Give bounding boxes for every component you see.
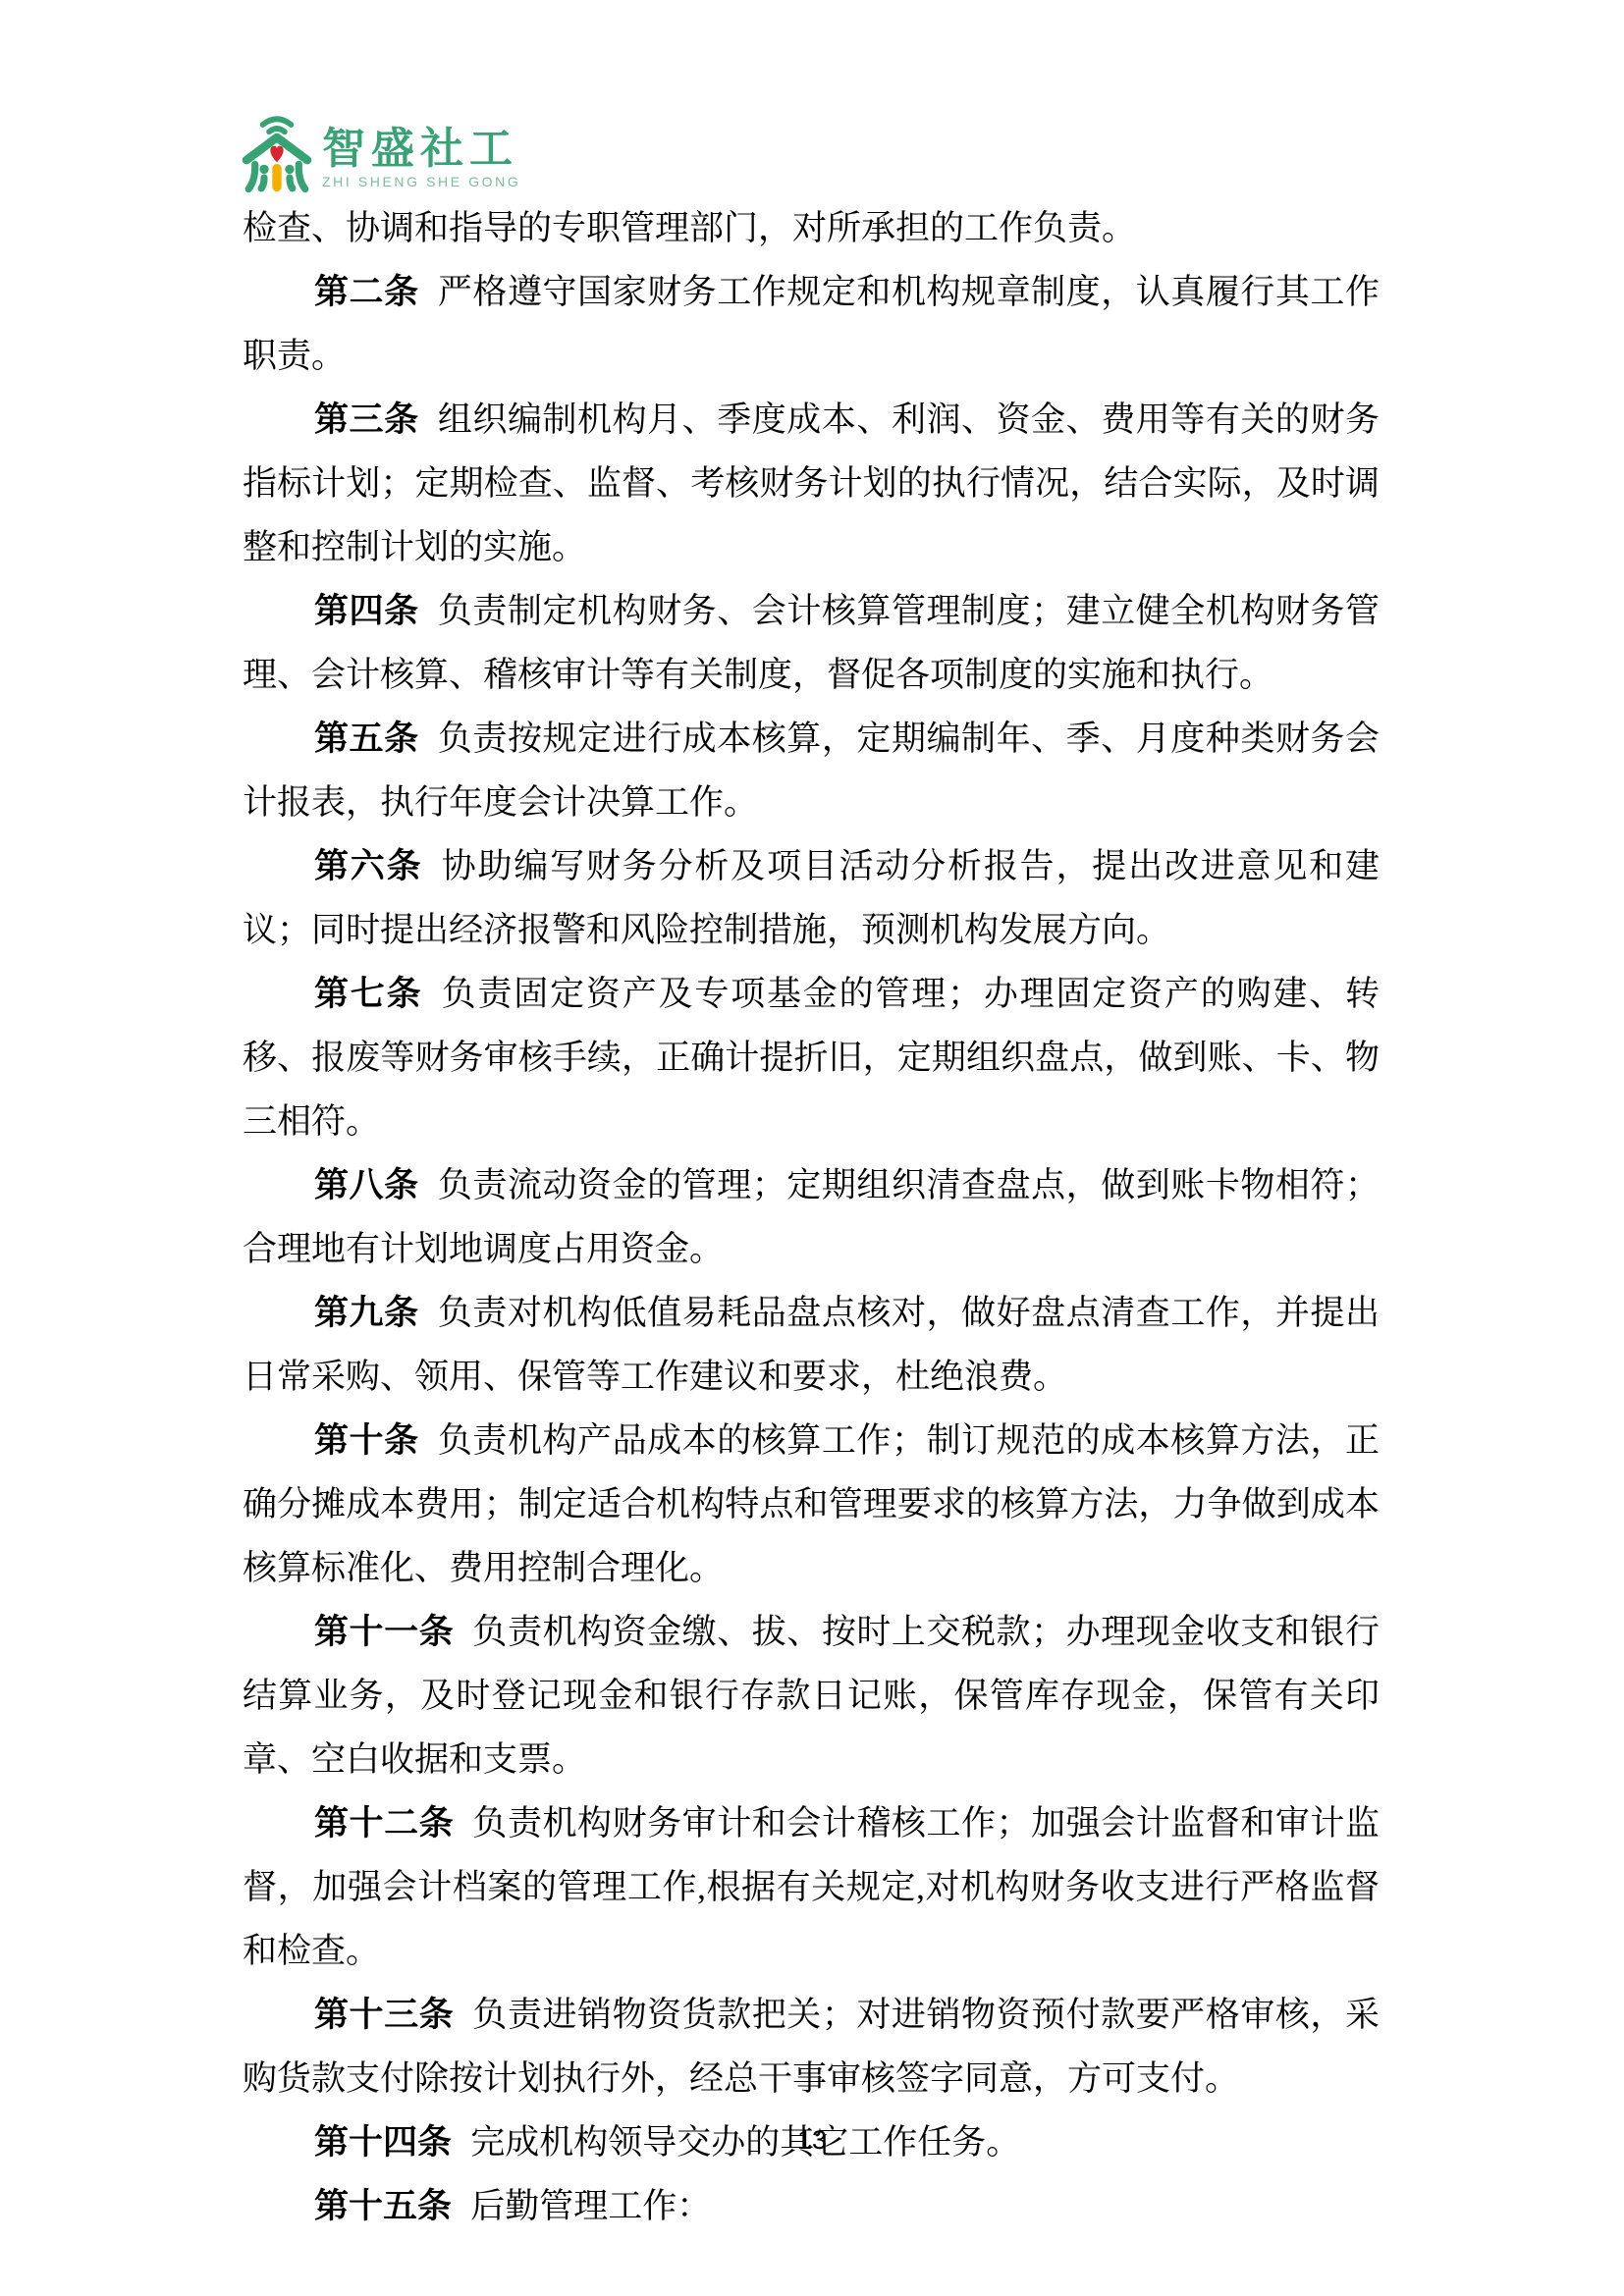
- person-left-icon: [259, 165, 268, 188]
- article-label-6: 第六条: [314, 847, 422, 885]
- article-paragraph-8: 第八条负责流动资金的管理；定期组织清查盘点，做到账卡物相符；合理地有计划地调度占…: [243, 1153, 1380, 1281]
- article-paragraph-10: 第十条负责机构产品成本的核算工作；制订规范的成本核算方法，正确分摊成本费用；制定…: [243, 1409, 1380, 1600]
- right-wall-shape: [298, 164, 305, 188]
- logo: 智盛社工 ZHI SHENG SHE GONG: [242, 114, 520, 196]
- article-paragraph-13: 第十三条负责进销物资货款把关；对进销物资预付款要严格审核，采购货款支付除按计划执…: [243, 1983, 1380, 2110]
- article-label-12: 第十二条: [314, 1804, 454, 1842]
- article-label-2: 第二条: [314, 273, 419, 311]
- intro-text: 检查、协调和指导的专职管理部门，对所承担的工作负责。: [243, 209, 1136, 247]
- house-logo-icon: [242, 114, 312, 196]
- article-label-9: 第九条: [314, 1294, 419, 1332]
- article-paragraph-4: 第四条负责制定机构财务、会计核算管理制度；建立健全机构财务管理、会计核算、稽核审…: [243, 579, 1380, 707]
- article-text-15: 后勤管理工作：: [470, 2187, 711, 2225]
- article-label-8: 第八条: [314, 1166, 419, 1204]
- page-footer: 13: [0, 2124, 1624, 2156]
- logo-name-cn: 智盛社工: [322, 128, 520, 171]
- article-paragraph-12: 第十二条负责机构财务审计和会计稽核工作；加强会计监督和审计监督，加强会计档案的管…: [243, 1791, 1380, 1983]
- article-label-11: 第十一条: [314, 1613, 454, 1651]
- heart-icon: [270, 146, 283, 163]
- document-body: 检查、协调和指导的专职管理部门，对所承担的工作负责。 第二条严格遵守国家财务工作…: [243, 196, 1380, 2238]
- intro-paragraph: 检查、协调和指导的专职管理部门，对所承担的工作负责。: [243, 196, 1380, 260]
- article-label-15: 第十五条: [314, 2187, 452, 2225]
- article-paragraph-2: 第二条严格遵守国家财务工作规定和机构规章制度，认真履行其工作职责。: [243, 260, 1380, 388]
- article-paragraph-3: 第三条组织编制机构月、季度成本、利润、资金、费用等有关的财务指标计划；定期检查、…: [243, 388, 1380, 579]
- logo-name-en: ZHI SHENG SHE GONG: [322, 175, 520, 188]
- logo-text: 智盛社工 ZHI SHENG SHE GONG: [322, 114, 520, 188]
- article-label-5: 第五条: [314, 720, 419, 758]
- article-label-13: 第十三条: [314, 1996, 454, 2034]
- article-label-3: 第三条: [314, 400, 419, 439]
- article-label-4: 第四条: [314, 592, 419, 630]
- person-right-icon: [285, 165, 294, 188]
- article-paragraph-9: 第九条负责对机构低值易耗品盘点核对，做好盘点清查工作，并提出日常采购、领用、保管…: [243, 1281, 1380, 1409]
- wifi-signal-icon: [263, 119, 292, 132]
- article-paragraph-6: 第六条协助编写财务分析及项目活动分析报告，提出改进意见和建议；同时提出经济报警和…: [243, 834, 1380, 962]
- article-paragraph-11: 第十一条负责机构资金缴、拔、按时上交税款；办理现金收支和银行结算业务，及时登记现…: [243, 1600, 1380, 1791]
- article-label-7: 第七条: [314, 975, 422, 1013]
- article-paragraph-7: 第七条负责固定资产及专项基金的管理；办理固定资产的购建、转移、报废等财务审核手续…: [243, 962, 1380, 1153]
- document-page: 智盛社工 ZHI SHENG SHE GONG 检查、协调和指导的专职管理部门，…: [0, 0, 1624, 2296]
- article-paragraph-5: 第五条负责按规定进行成本核算，定期编制年、季、月度种类财务会计报表，执行年度会计…: [243, 707, 1380, 834]
- page-number: 13: [797, 2125, 827, 2155]
- article-paragraph-15: 第十五条后勤管理工作：: [243, 2174, 1380, 2238]
- left-wall-shape: [248, 164, 255, 188]
- article-label-10: 第十条: [314, 1421, 419, 1460]
